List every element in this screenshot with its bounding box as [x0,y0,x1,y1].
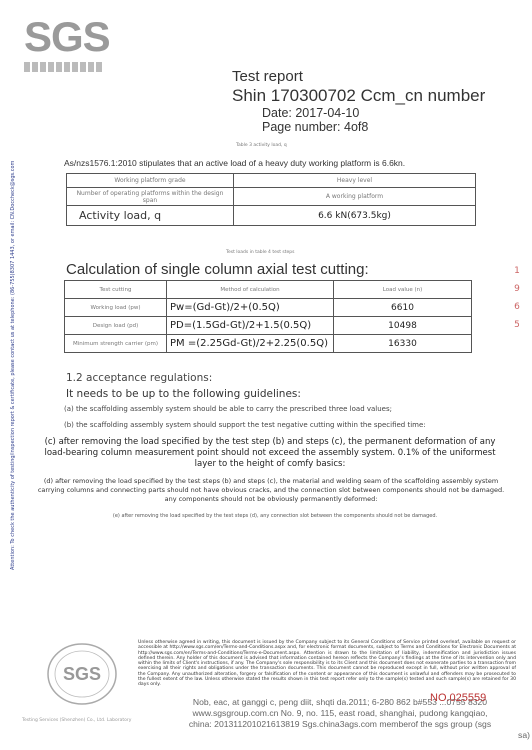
terms-fine-print: Unless otherwise agreed in writing, this… [138,640,516,688]
table-cell: Minimum strength carrier (pm) [65,335,167,353]
margin-mark: 1 [506,262,528,280]
table-cell: PD=(1.5Gd-Gt)/2+1.5(0.5Q) [167,317,334,335]
regulation-item: (e) after removing the load specified by… [60,513,490,519]
table-row: Working load (pw) Pw=(Gd-Gt)/2+(0.5Q) 66… [65,299,472,317]
table-cell: Number of operating platforms within the… [67,188,234,206]
logo-stripes [24,62,104,72]
authenticity-note: Attention: To check the authenticity of … [4,110,24,570]
margin-mark: 6 [506,298,528,316]
table1-intro: As/nzs1576.1:2010 stipulates that an act… [64,158,405,168]
column-header: Method of calculation [167,281,334,299]
table-row: Activity load, q 6.6 kN(673.5kg) [67,206,476,226]
table-header-row: Test cutting Method of calculation Load … [65,281,472,299]
table-row: Number of operating platforms within the… [67,188,476,206]
table-cell: 6.6 kN(673.5kg) [234,206,476,226]
margin-mark: 5 [506,316,528,334]
sgs-logo: SGS [24,16,108,78]
sgs-stamp: SGS [24,640,140,726]
activity-load-table: Working platform grade Heavy level Numbe… [66,173,476,226]
margin-marks: 1 9 6 5 [506,262,528,362]
regulation-item: (c) after removing the load specified by… [40,437,500,470]
logo-text: SGS [24,16,108,58]
regulations-intro: It needs to be up to the following guide… [66,388,301,400]
table-cell: Working load (pw) [65,299,167,317]
regulation-item: (a) the scaffolding assembly system shou… [64,405,392,413]
table-row: Minimum strength carrier (pm) PM =(2.25G… [65,335,472,353]
table-cell: 10498 [334,317,472,335]
report-number: Shin 170300702 Ccm_cn number [232,86,485,106]
report-header: Test report Shin 170300702 Ccm_cn number… [232,68,485,134]
address-line: www.sgsgroup.com.cn No. 9, no. 115, east… [150,708,530,719]
column-header: Test cutting [65,281,167,299]
address-line: china: 201311201021613819 Sgs.china3ags.… [150,719,530,730]
column-header: Load value (n) [334,281,472,299]
regulation-item: (b) the scaffolding assembly system shou… [64,421,426,429]
table-row: Working platform grade Heavy level [67,174,476,188]
table-cell: Heavy level [234,174,476,188]
table-cell: 6610 [334,299,472,317]
regulation-item: (d) after removing the load specified by… [36,477,506,504]
table-cell: PM =(2.25Gd-Gt)/2+2.25(0.5Q) [167,335,334,353]
svg-text:SGS: SGS [63,664,101,684]
address-line: sa) [150,730,530,741]
serial-number: NO.025559 [430,692,486,704]
authenticity-note-blue: Attention: To check the authenticity of … [10,110,16,570]
table-cell: Working platform grade [67,174,234,188]
test-load-table: Test cutting Method of calculation Load … [64,280,472,353]
table2-caption: Test loads in table 4 test steps [226,250,295,255]
table-cell: Design load (pd) [65,317,167,335]
calculation-title: Calculation of single column axial test … [66,261,369,278]
report-date: Date: 2017-04-10 [262,106,485,120]
table-cell: A working platform [234,188,476,206]
regulations-heading: 1.2 acceptance regulations: [66,372,212,384]
table1-caption: Table 3 activity load, q [236,143,287,148]
table-cell: Pw=(Gd-Gt)/2+(0.5Q) [167,299,334,317]
table-row: Design load (pd) PD=(1.5Gd-Gt)/2+1.5(0.5… [65,317,472,335]
table-cell: Activity load, q [67,206,234,226]
page-number: Page number: 4of8 [262,120,485,134]
stamp-caption: Testing Services (Shenzhen) Co., Ltd. La… [22,718,142,723]
report-title: Test report [232,68,485,85]
table-cell: 16330 [334,335,472,353]
margin-mark: 9 [506,280,528,298]
